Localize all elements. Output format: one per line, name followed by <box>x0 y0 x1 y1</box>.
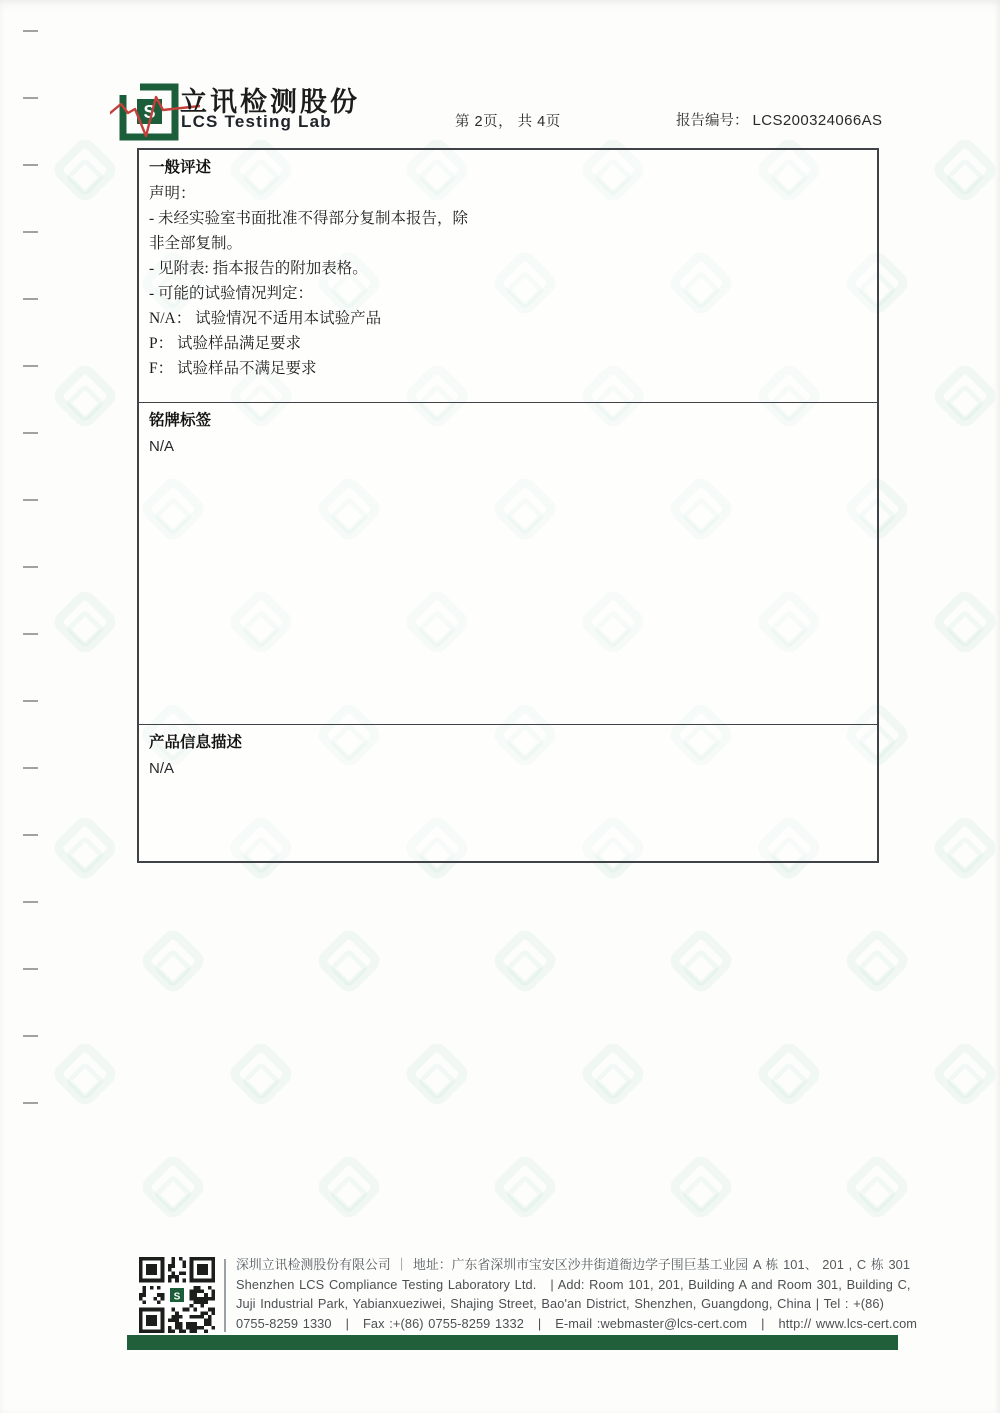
section-product-info-title: 产品信息描述 <box>149 730 867 756</box>
footer-line-address: Juji Industrial Park, Yabianxueziwei, Sh… <box>236 1294 904 1314</box>
qr-code-image: S <box>139 1257 215 1333</box>
section-nameplate-value: N/A <box>149 434 867 460</box>
verdict-fail-line: F： 试验样品不满足要求 <box>149 356 867 381</box>
verdict-pass-line: P： 试验样品满足要求 <box>149 331 867 356</box>
report-page: S 立讯检测股份 LCS Testing Lab 第 2页， 共 4页 报告编号… <box>0 0 1000 1413</box>
svg-text:S: S <box>174 1292 181 1303</box>
statement-line: - 未经实验室书面批准不得部分复制本报告，除 <box>149 206 867 231</box>
section-nameplate-title: 铭牌标签 <box>149 408 867 434</box>
brand-name-en: LCS Testing Lab <box>181 112 332 132</box>
statement-line: - 可能的试验情况判定： <box>149 281 867 306</box>
section-product-info: 产品信息描述 N/A <box>139 725 877 861</box>
footer-green-bar <box>127 1335 898 1350</box>
footer-line-contact: 0755-8259 1330 | Fax :+(86) 0755-8259 13… <box>236 1314 904 1334</box>
verdict-na-line: N/A： 试验情况不适用本试验产品 <box>149 306 867 331</box>
report-header: S 立讯检测股份 LCS Testing Lab 第 2页， 共 4页 报告编号… <box>0 0 1000 150</box>
report-number-label: 报告编号： <box>676 113 753 129</box>
section-general-comments: 一般评述 声明： - 未经实验室书面批准不得部分复制本报告，除 非全部复制。 -… <box>139 150 877 403</box>
section-nameplate-label: 铭牌标签 N/A <box>139 403 877 725</box>
report-body-box: 一般评述 声明： - 未经实验室书面批准不得部分复制本报告，除 非全部复制。 -… <box>137 148 879 863</box>
page-indicator: 第 2页， 共 4页 <box>455 110 561 131</box>
scan-marks <box>23 30 38 1140</box>
footer-address-block: 深圳立讯检测股份有限公司 ｜ 地址：广东省深圳市宝安区沙井街道衙边学子围巨基工业… <box>236 1255 904 1333</box>
footer-line-cn: 深圳立讯检测股份有限公司 ｜ 地址：广东省深圳市宝安区沙井街道衙边学子围巨基工业… <box>236 1255 904 1275</box>
report-number-value: LCS200324066AS <box>753 112 883 129</box>
statement-line: 非全部复制。 <box>149 231 867 256</box>
report-number: 报告编号： LCS200324066AS <box>676 109 882 130</box>
qr-code: S <box>139 1257 215 1333</box>
section-general-comments-title: 一般评述 <box>149 155 867 181</box>
section-product-info-value: N/A <box>149 756 867 782</box>
footer-divider <box>224 1259 226 1332</box>
footer-line-company: Shenzhen LCS Compliance Testing Laborato… <box>236 1275 904 1295</box>
statement-line: - 见附表: 指本报告的附加表格。 <box>149 256 867 281</box>
statement-heading: 声明： <box>149 181 867 206</box>
